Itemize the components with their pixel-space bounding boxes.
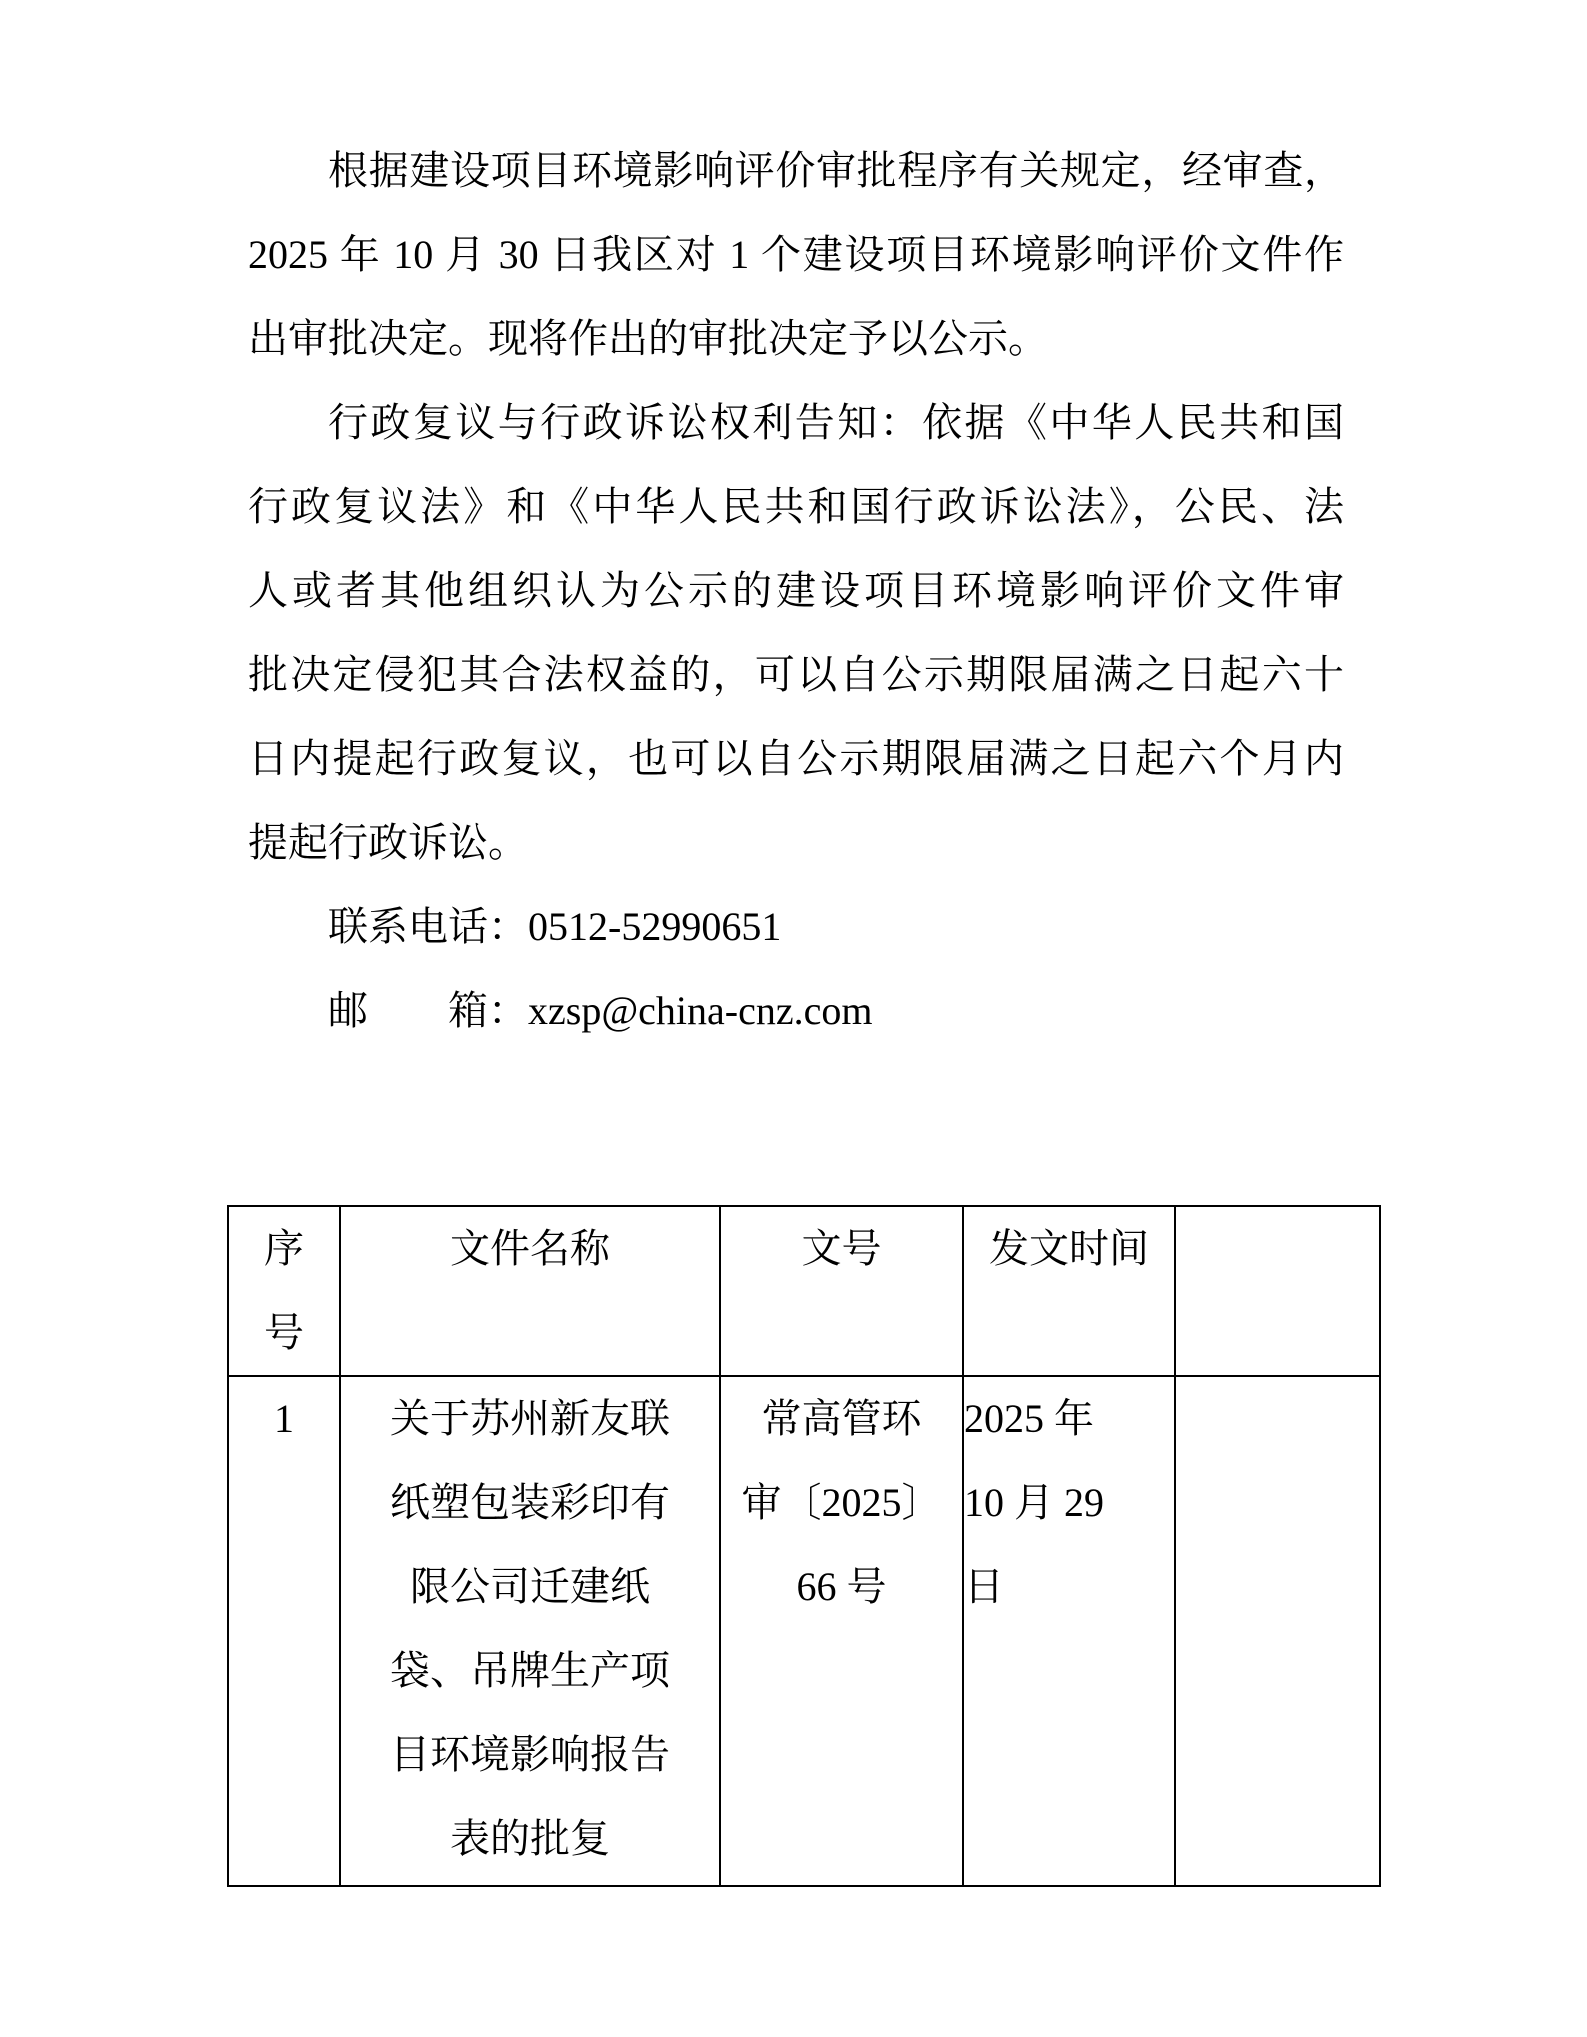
table-cell-serial-number: 1: [228, 1376, 340, 1886]
table-row: 1 关于苏州新友联 纸塑包装彩印有 限公司迁建纸 袋、吊牌生产项 目环境影响报告…: [228, 1376, 1380, 1886]
paragraph2-line6: 提起行政诉讼。: [248, 801, 1344, 885]
document-page: 根据建设项目环境影响评价审批程序有关规定，经审查， 2025 年 10 月 30…: [0, 0, 1587, 2037]
paragraph1-line2: 2025 年 10 月 30 日我区对 1 个建设项目环境影响评价文件作: [248, 213, 1344, 297]
approval-table: 序 号 文件名称 文号 发文时间 1 关于苏州新友联 纸塑包装彩印有 限公司迁建…: [227, 1205, 1381, 1887]
paragraph1-line3: 出审批决定。现将作出的审批决定予以公示。: [248, 297, 1344, 381]
table-cell-document-number: 常高管环 审〔2025〕 66 号: [720, 1376, 963, 1886]
paragraph2-line5: 日内提起行政复议，也可以自公示期限届满之日起六个月内: [248, 717, 1344, 801]
paragraph2-line2: 行政复议法》和《中华人民共和国行政诉讼法》，公民、法: [248, 465, 1344, 549]
paragraph2-line1: 行政复议与行政诉讼权利告知：依据《中华人民共和国: [248, 381, 1344, 465]
table-cell-extra: [1175, 1376, 1380, 1886]
document-body: 根据建设项目环境影响评价审批程序有关规定，经审查， 2025 年 10 月 30…: [248, 129, 1344, 1053]
table-header-issue-date: 发文时间: [963, 1206, 1175, 1376]
table-header-document-name: 文件名称: [340, 1206, 720, 1376]
contact-email-line: 邮 箱：xzsp@china-cnz.com: [248, 969, 1344, 1053]
paragraph2-line4: 批决定侵犯其合法权益的，可以自公示期限届满之日起六十: [248, 633, 1344, 717]
table-header-document-number: 文号: [720, 1206, 963, 1376]
table-cell-issue-date: 2025 年 10 月 29 日: [963, 1376, 1175, 1886]
contact-phone-line: 联系电话：0512-52990651: [248, 885, 1344, 969]
table-cell-document-name: 关于苏州新友联 纸塑包装彩印有 限公司迁建纸 袋、吊牌生产项 目环境影响报告 表…: [340, 1376, 720, 1886]
paragraph2-line3: 人或者其他组织认为公示的建设项目环境影响评价文件审: [248, 549, 1344, 633]
table-header-serial-number: 序 号: [228, 1206, 340, 1376]
table-header-row: 序 号 文件名称 文号 发文时间: [228, 1206, 1380, 1376]
paragraph1-line1: 根据建设项目环境影响评价审批程序有关规定，经审查，: [248, 129, 1344, 213]
table-header-extra: [1175, 1206, 1380, 1376]
